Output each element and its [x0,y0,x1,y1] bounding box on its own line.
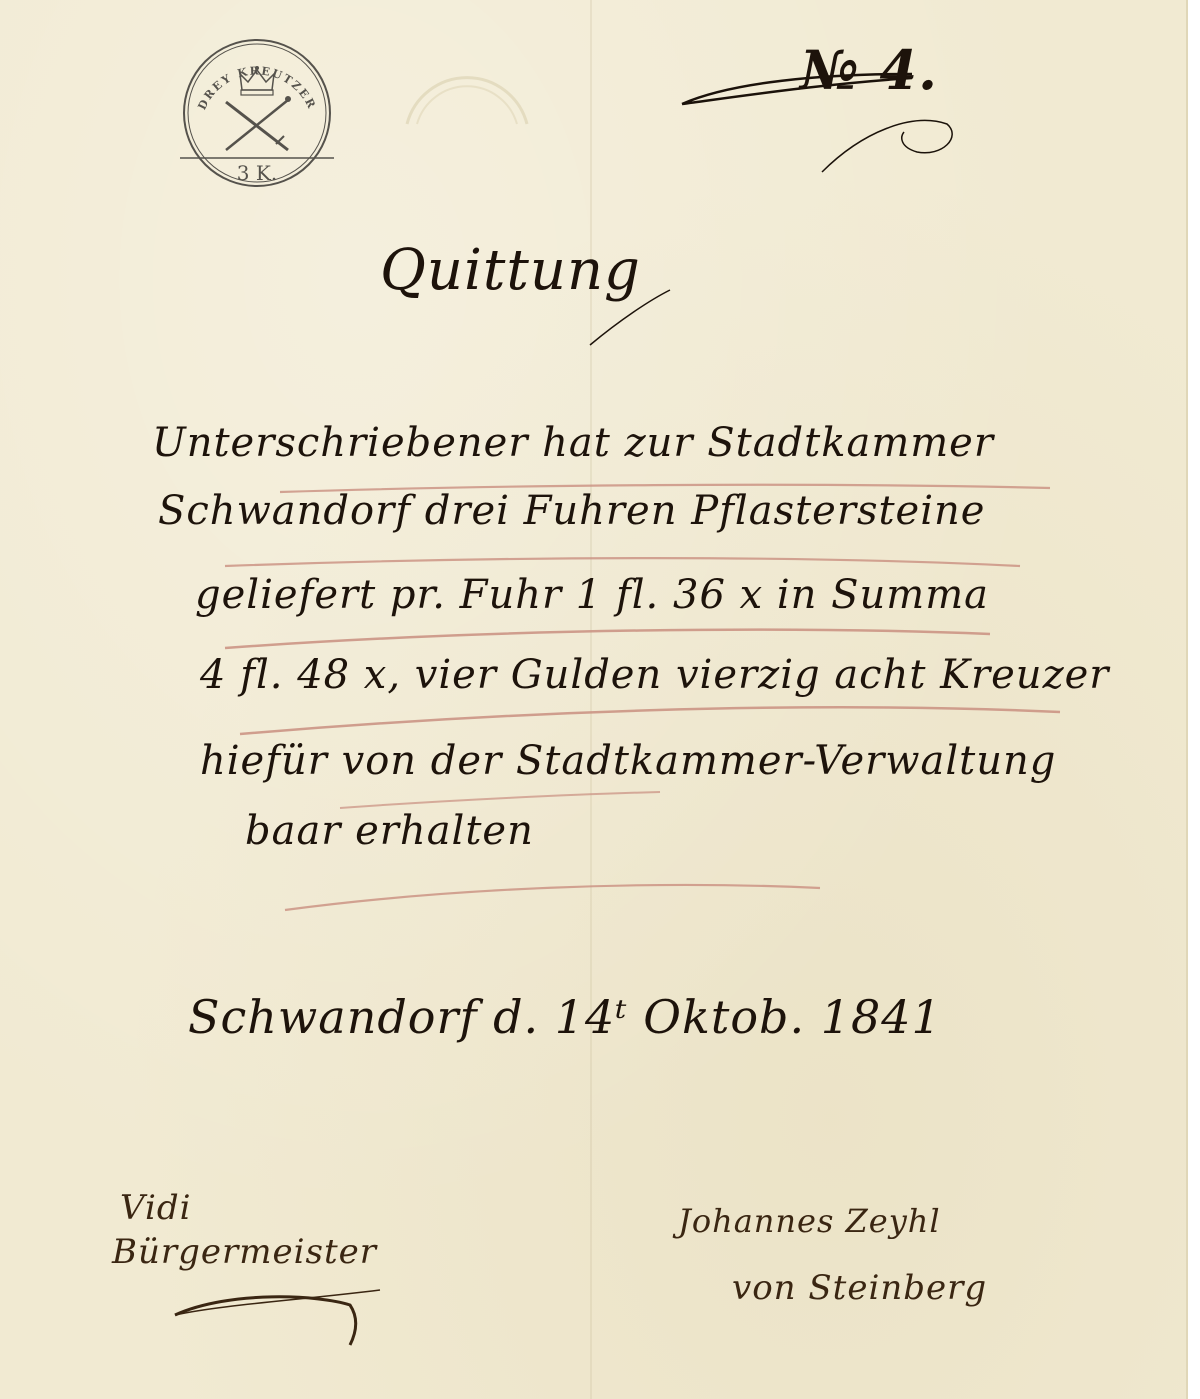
body-line: Schwandorf drei Fuhren Pflastersteine [158,488,985,534]
body-line: geliefert pr. Fuhr 1 fl. 36 x in Summa [195,572,989,618]
signature-right-name: Johannes Zeyhl [678,1202,941,1240]
signature-right-place: von Steinberg [732,1268,987,1308]
signature-left-title: Bürgermeister [112,1232,377,1272]
svg-text:DREY KREUTZER: DREY KREUTZER [195,64,318,112]
receipt-title: Quittung [380,238,641,303]
date-line: Schwandorf d. 14ᵗ Oktob. 1841 [188,990,942,1044]
body-line: 4 fl. 48 x, vier Gulden vierzig acht Kre… [200,652,1109,698]
document-number: № 4. [800,38,938,102]
tax-stamp-icon: DREY KREUTZER 3 K. [180,38,334,188]
receipt-document: DREY KREUTZER 3 K. № 4. Quit [0,0,1188,1399]
body-line: hiefür von der Stadtkammer-Verwaltung [200,738,1056,784]
svg-text:3 K.: 3 K. [237,161,277,185]
signature-left-vidi: Vidi [120,1188,191,1228]
paper-fold [590,0,592,1399]
body-line: baar erhalten [245,808,534,854]
body-line: Unterschriebener hat zur Stadtkammer [152,420,994,466]
embossed-seal-icon [392,24,542,144]
